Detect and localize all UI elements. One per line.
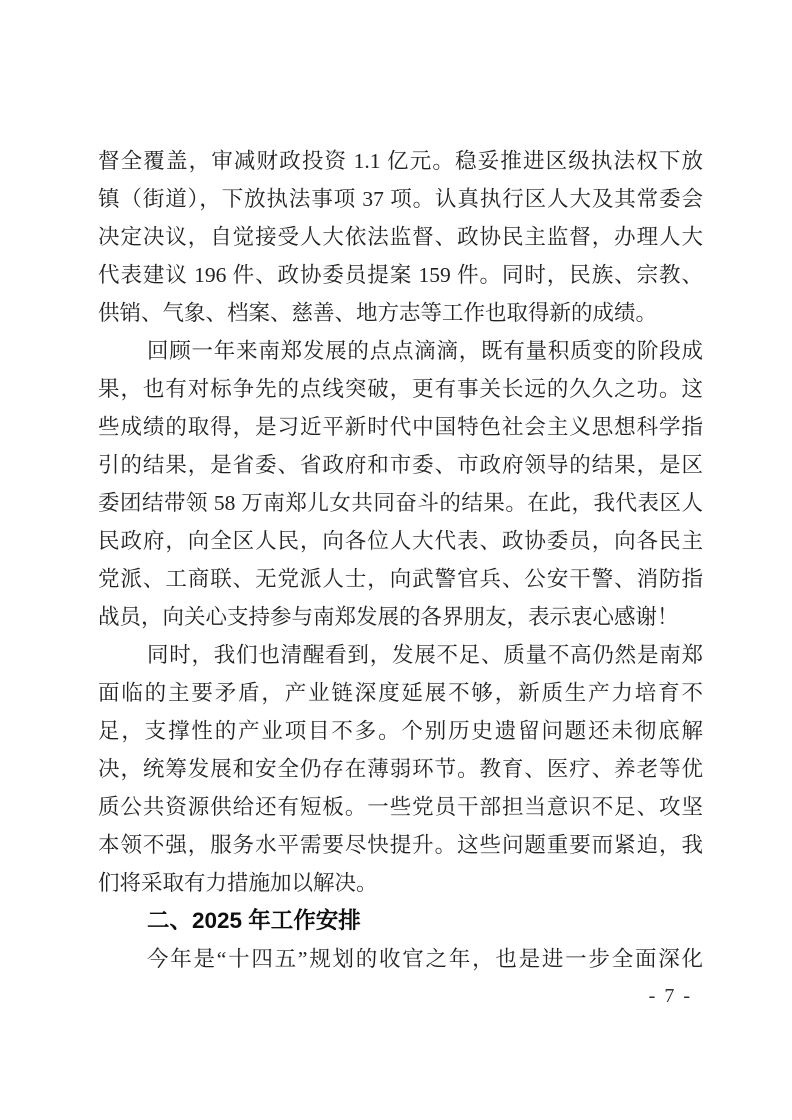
text-line: 引的结果，是省委、省政府和市委、市政府领导的结果，是区 (98, 446, 703, 484)
text-line: 党派、工商联、无党派人士，向武警官兵、公安干警、消防指 (98, 560, 703, 598)
text-line: 些成绩的取得，是习近平新时代中国特色社会主义思想科学指 (98, 408, 703, 446)
text-line: 供销、气象、档案、慈善、地方志等工作也取得新的成绩。 (98, 294, 703, 332)
section-heading: 二、2025 年工作安排 (98, 902, 703, 940)
text-line: 督全覆盖，审减财政投资 1.1 亿元。稳妥推进区级执法权下放 (98, 142, 703, 180)
text-line: 镇（街道），下放执法事项 37 项。认真执行区人大及其常委会 (98, 180, 703, 218)
text-line: 委团结带领 58 万南郑儿女共同奋斗的结果。在此，我代表区人 (98, 484, 703, 522)
text-line: 代表建议 196 件、政协委员提案 159 件。同时，民族、宗教、 (98, 256, 703, 294)
document-page: 督全覆盖，审减财政投资 1.1 亿元。稳妥推进区级执法权下放镇（街道），下放执法… (0, 0, 792, 1120)
page-number: - 7 - (649, 984, 692, 1008)
text-line: 决定决议，自觉接受人大依法监督、政协民主监督，办理人大 (98, 218, 703, 256)
text-line: 面临的主要矛盾，产业链深度延展不够，新质生产力培育不 (98, 674, 703, 712)
text-line: 同时，我们也清醒看到，发展不足、质量不高仍然是南郑 (98, 636, 703, 674)
text-line: 本领不强，服务水平需要尽快提升。这些问题重要而紧迫，我 (98, 826, 703, 864)
text-line: 们将采取有力措施加以解决。 (98, 864, 703, 902)
text-line: 决，统筹发展和安全仍存在薄弱环节。教育、医疗、养老等优 (98, 750, 703, 788)
text-line: 回顾一年来南郑发展的点点滴滴，既有量积质变的阶段成 (98, 332, 703, 370)
text-line: 今年是“十四五”规划的收官之年，也是进一步全面深化 (98, 940, 703, 978)
page-body-text: 督全覆盖，审减财政投资 1.1 亿元。稳妥推进区级执法权下放镇（街道），下放执法… (98, 142, 703, 978)
text-line: 果，也有对标争先的点线突破，更有事关长远的久久之功。这 (98, 370, 703, 408)
text-line: 足，支撑性的产业项目不多。个别历史遗留问题还未彻底解 (98, 712, 703, 750)
text-line: 战员，向关心支持参与南郑发展的各界朋友，表示衷心感谢！ (98, 598, 703, 636)
text-line: 民政府，向全区人民，向各位人大代表、政协委员，向各民主 (98, 522, 703, 560)
text-line: 质公共资源供给还有短板。一些党员干部担当意识不足、攻坚 (98, 788, 703, 826)
